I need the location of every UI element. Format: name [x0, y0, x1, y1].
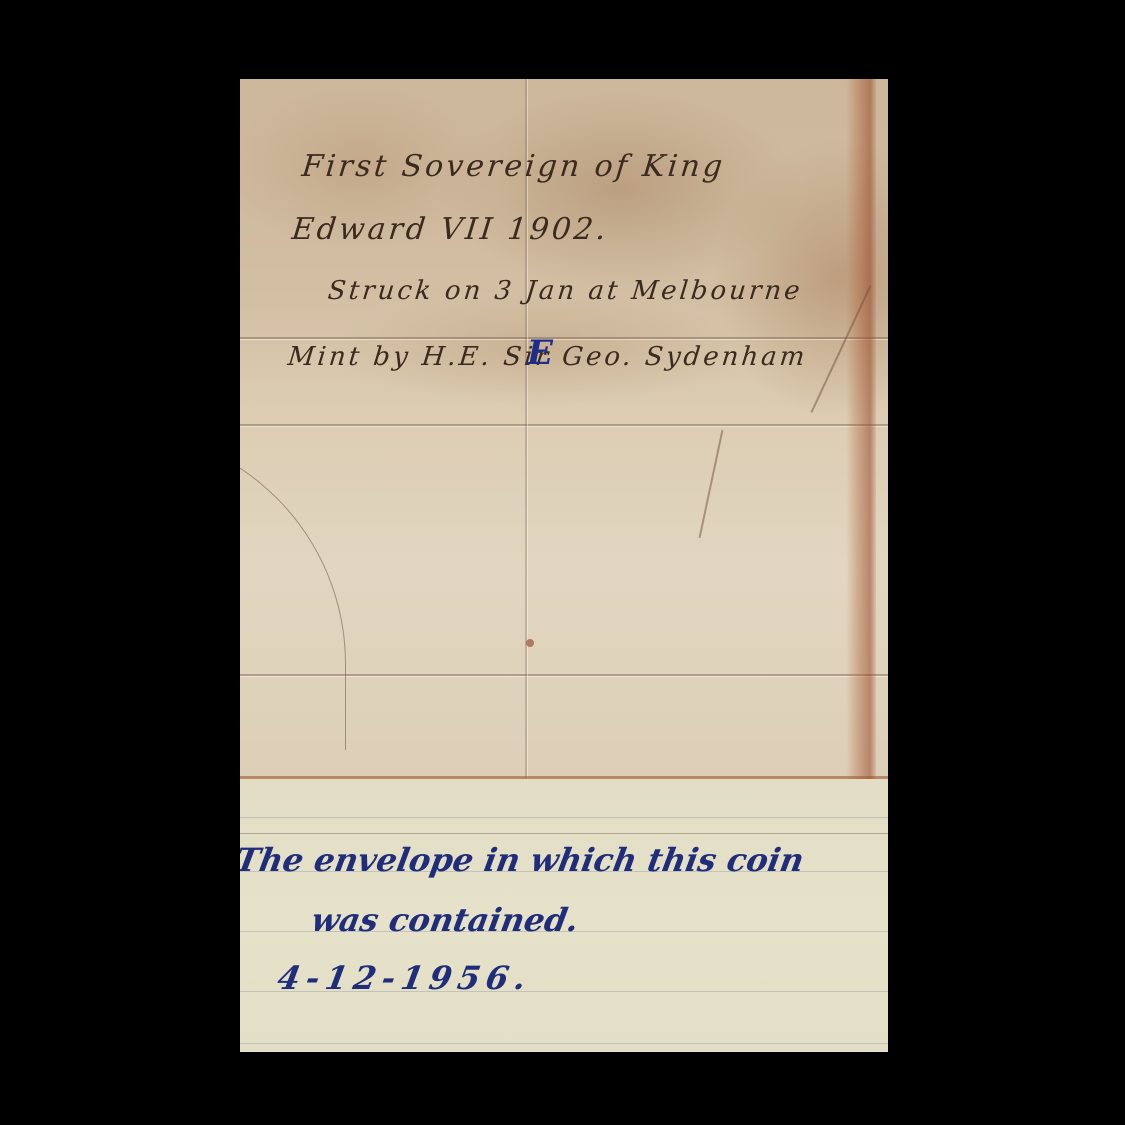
ruled-line [240, 817, 888, 818]
water-stain [846, 79, 876, 779]
inscription-line-2: Edward VII 1902. [290, 212, 610, 247]
stain-spot [526, 639, 534, 647]
fold-line [240, 337, 888, 339]
note-line-2: was contained. [309, 901, 582, 939]
lined-note-paper: The envelope in which this coin was cont… [240, 779, 888, 1052]
paper-crack [699, 430, 724, 538]
inscription-line-3: Struck on 3 Jan at Melbourne [326, 276, 804, 306]
fold-line [240, 424, 888, 426]
blue-ink-mark: E [527, 333, 553, 373]
note-line-1: The envelope in which this coin [240, 841, 807, 879]
envelope: First Sovereign of King Edward VII 1902.… [240, 79, 888, 779]
envelope-flap-outline [240, 429, 346, 750]
image-canvas: First Sovereign of King Edward VII 1902.… [0, 0, 1125, 1125]
paper-crease [240, 833, 888, 834]
document-sheet: First Sovereign of King Edward VII 1902.… [240, 79, 888, 1052]
inscription-line-1: First Sovereign of King [300, 149, 727, 184]
fold-line [525, 79, 527, 779]
ruled-line [240, 1043, 888, 1044]
note-date: 4-12-1956. [275, 959, 535, 997]
